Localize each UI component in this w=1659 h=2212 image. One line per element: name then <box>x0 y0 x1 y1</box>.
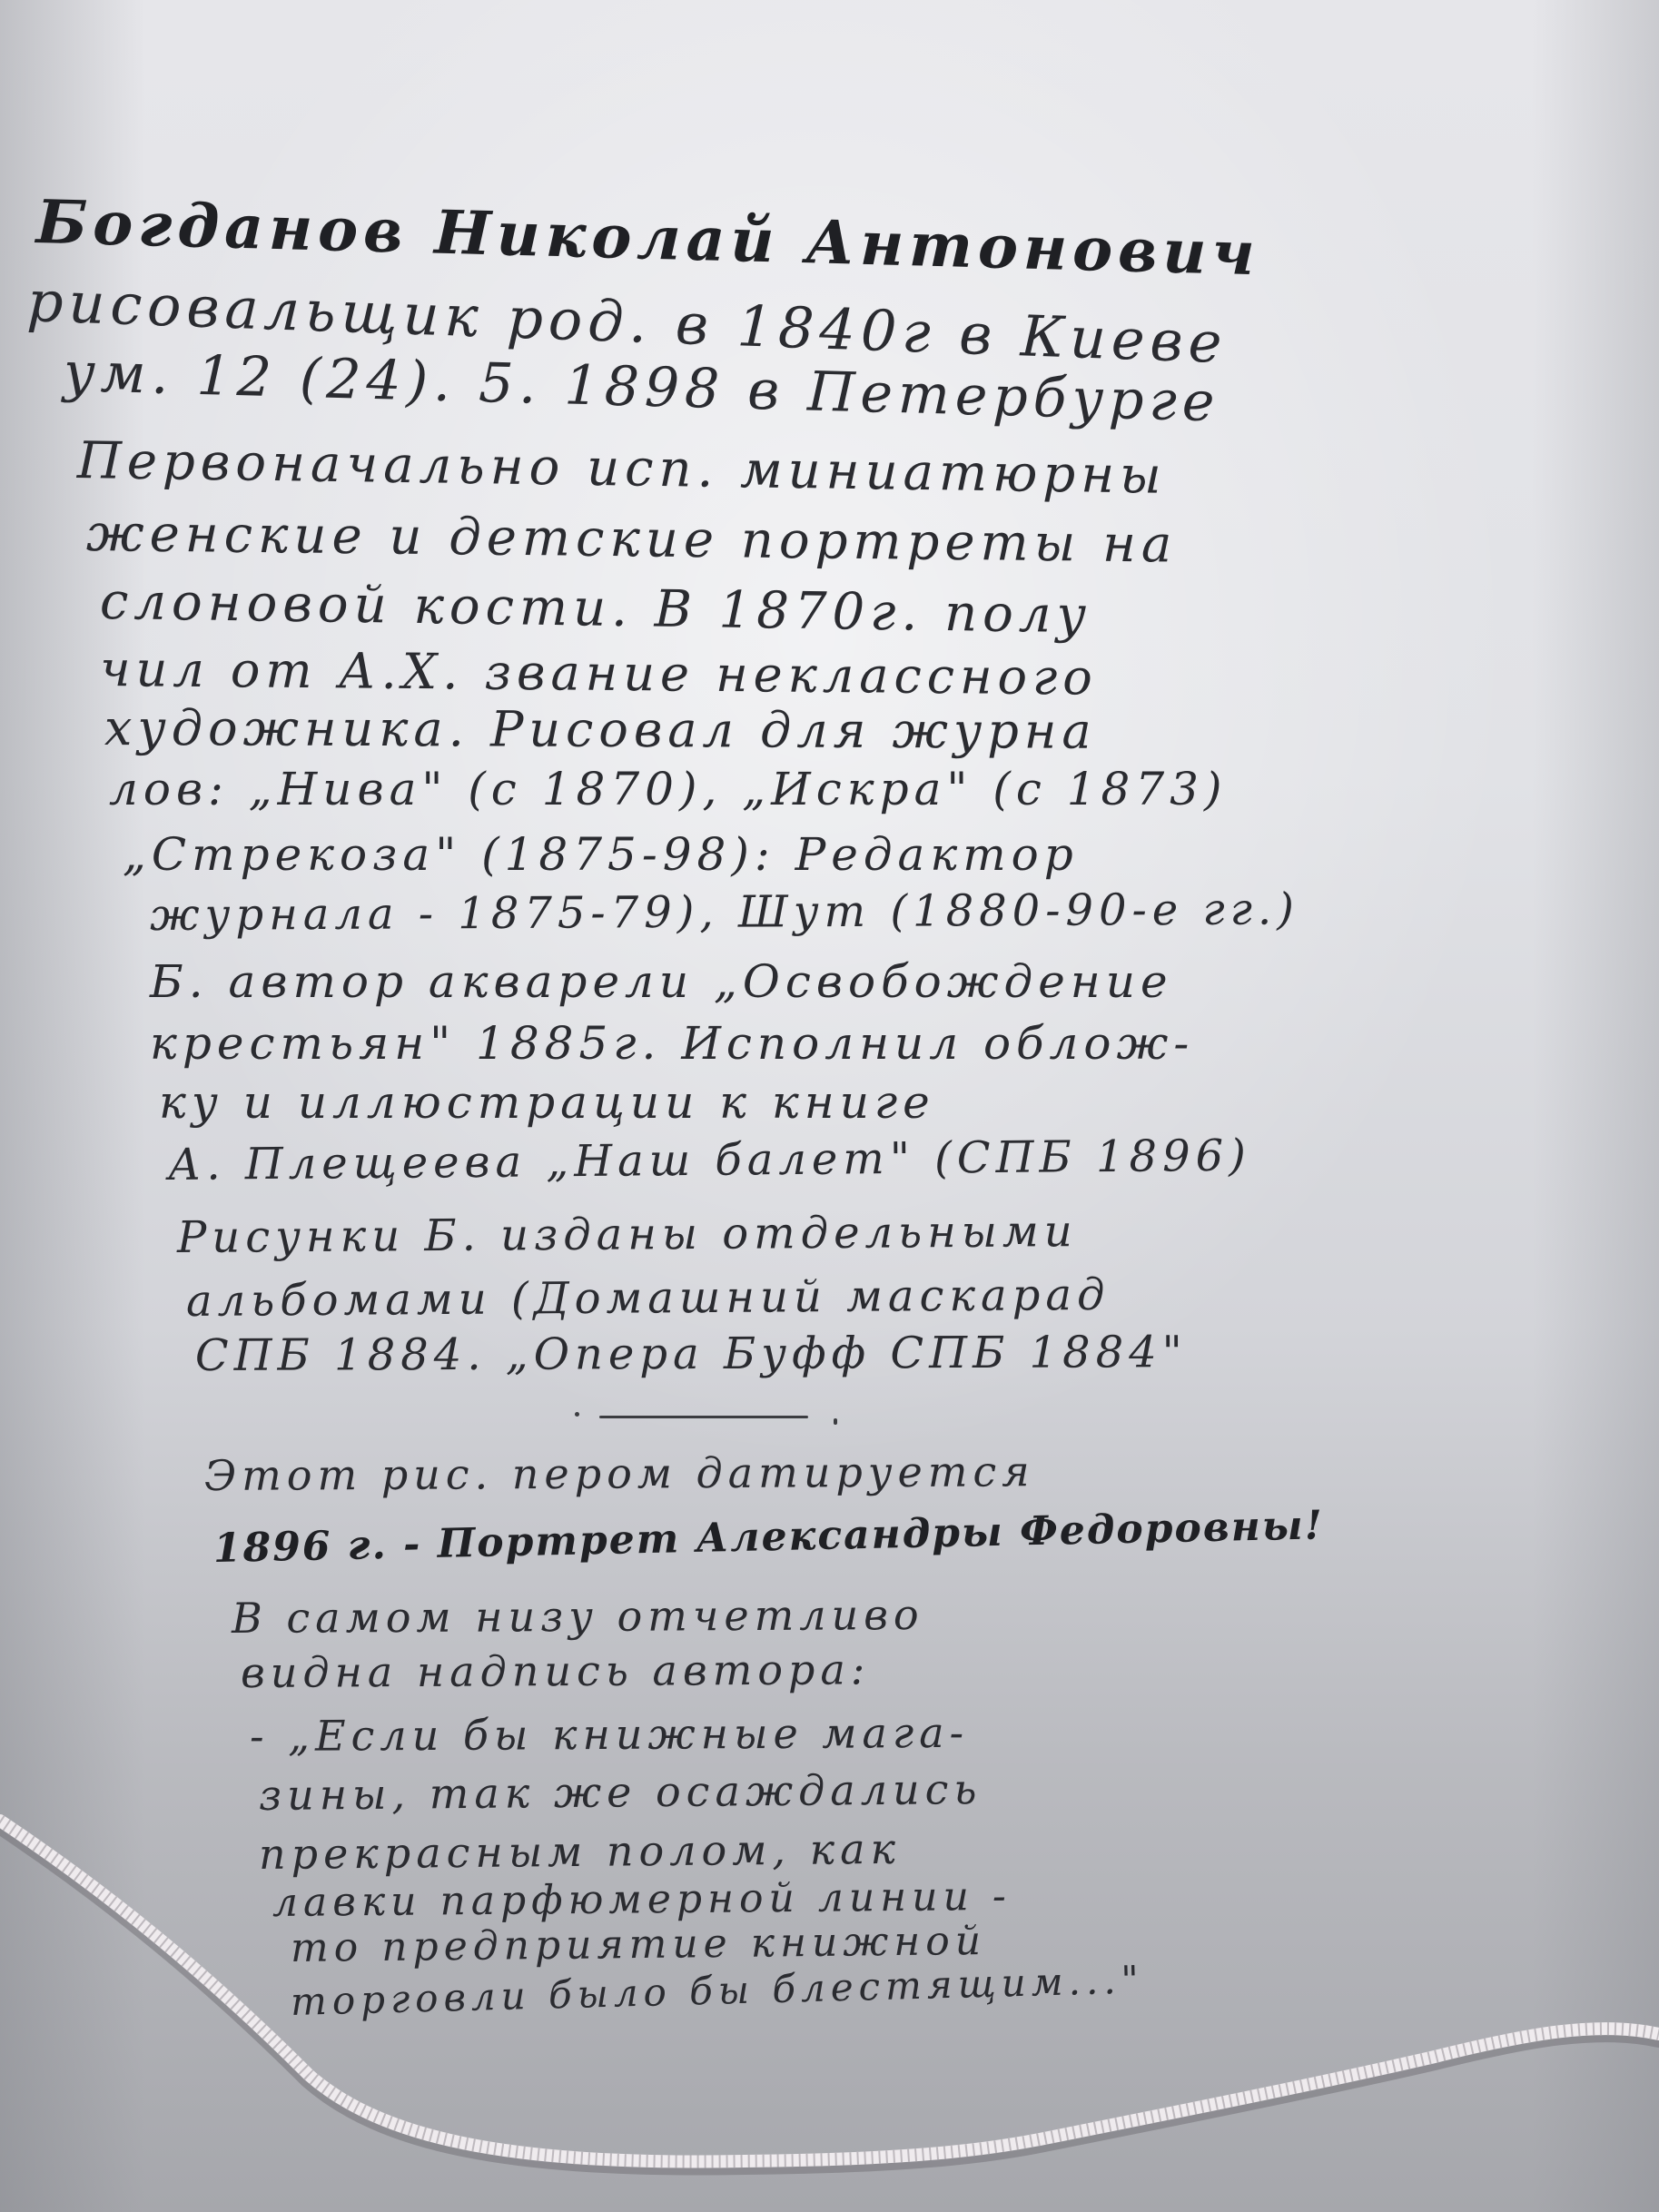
hanging-cord <box>0 0 1659 2212</box>
